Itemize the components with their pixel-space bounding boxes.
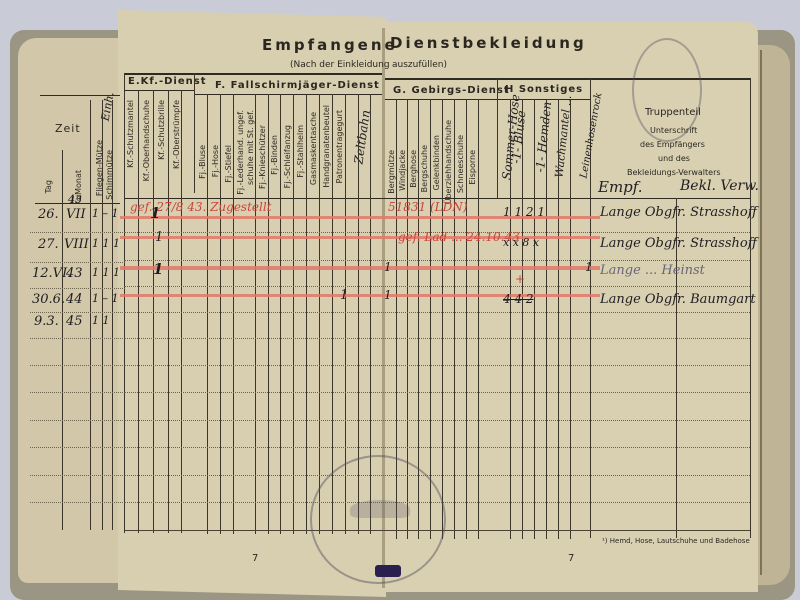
item-berghose: Berghose	[409, 150, 418, 188]
entry-row4-h: 4 4 2	[503, 292, 534, 306]
item-fj-stahlhelm: Fj.-Stahlhelm	[296, 125, 305, 178]
ink-blot	[375, 565, 401, 577]
zeit-header: Zeit	[55, 122, 81, 135]
truppenteil-label: Truppenteil	[645, 107, 701, 118]
item-eisporne: Eisporne	[468, 150, 477, 185]
item-gasmaskentasche: Gasmaskentasche	[309, 112, 318, 185]
col-divider	[558, 99, 559, 539]
mark: 1	[585, 260, 593, 274]
rule	[195, 94, 382, 95]
page-number-left: 7	[252, 553, 258, 564]
mark: 1	[340, 288, 348, 303]
handwritten-bekl-verw: Bekl. Verw.	[680, 178, 759, 194]
section-f-label: F. Fallschirmjäger-Dienst	[215, 80, 380, 91]
row-line	[124, 392, 750, 393]
row2-month: VIII	[64, 237, 89, 252]
row4-month: 44	[66, 292, 83, 307]
entry-row2-h: x x 8 x	[503, 236, 539, 249]
col-day: Tag	[44, 180, 53, 194]
item-kf-oberstruempfe: Kf.-Oberstrümpfe	[172, 100, 181, 169]
row3-month: 43	[66, 266, 83, 281]
row-line	[124, 338, 750, 339]
col-divider	[255, 94, 256, 534]
row3-marks: 1 1 1	[92, 266, 120, 279]
col-divider	[534, 99, 535, 539]
eagle-emblem	[350, 500, 410, 518]
item-bergmuetze: Bergmütze	[387, 150, 396, 194]
row-line	[30, 475, 125, 476]
item-schneeschuhe: Schneeschuhe	[456, 135, 465, 193]
col-divider	[124, 73, 125, 533]
col-divider	[478, 99, 479, 539]
row-line	[30, 312, 125, 313]
item-fj-hose: Fj.-Hose	[211, 145, 220, 177]
signature-row4: Lange Obgfr. Baumgart	[600, 292, 756, 307]
row1-day: 26.	[38, 207, 59, 222]
red-mark: +	[515, 272, 525, 286]
item-patronentragegurt: Patronentragegurt	[335, 110, 344, 183]
col-divider	[62, 150, 63, 530]
item-windjacke: Windjacke	[398, 150, 407, 191]
col-divider	[280, 94, 281, 534]
row-line	[30, 365, 125, 366]
item-fj-schuhe: schuhe mit St. gef.	[246, 110, 255, 185]
row4-marks: 1 – 1	[92, 292, 119, 305]
col-divider	[306, 94, 307, 534]
signature-row1: Lange Obgfr. Strasshoff	[600, 205, 757, 220]
col-divider	[194, 73, 195, 193]
col-divider	[497, 78, 498, 198]
row-line	[124, 260, 750, 261]
mark: 1	[150, 204, 160, 222]
unterschrift-label: Unterschrift	[650, 126, 697, 135]
row-line	[124, 447, 750, 448]
subtitle-right: auszufüllen)	[392, 60, 447, 70]
signature-row2: Lange Obgfr. Strasshoff	[600, 236, 757, 251]
col-divider	[207, 94, 208, 534]
mark: 1	[384, 260, 392, 274]
rule	[590, 198, 750, 199]
footnote: ¹) Hemd, Hose, Lautschuhe und Badehose	[602, 537, 750, 545]
title-left: Empfangene	[262, 36, 398, 54]
col-divider	[268, 94, 269, 534]
col-divider	[546, 99, 547, 539]
col-divider	[510, 99, 511, 539]
mark: 1	[153, 260, 163, 278]
row1-marks: 1 – 1	[92, 207, 119, 220]
und-des-label: und des	[658, 154, 690, 163]
col-month: Monat	[74, 170, 83, 195]
row-line	[30, 502, 125, 503]
col-divider	[319, 94, 320, 534]
entry-row1-g: 51831 (LDN)	[388, 200, 467, 214]
page-number-right: 7	[568, 553, 574, 564]
row-line	[30, 288, 125, 289]
col-divider	[522, 99, 523, 539]
row-line	[30, 262, 125, 263]
row-line	[30, 447, 125, 448]
item-fj-binden: Fj.-Binden	[270, 135, 279, 175]
mark: 1	[155, 230, 163, 245]
col-divider	[293, 94, 294, 534]
subtitle-left: (Nach der Einkleidung	[290, 60, 390, 70]
item-fj-knieschuetzer: Fj.-Knieschützer	[258, 125, 267, 189]
row5-marks: 1 1	[92, 314, 110, 327]
row1-month: VII	[66, 207, 86, 222]
row4-day: 30.6.	[32, 292, 65, 307]
rule	[124, 90, 194, 91]
col-divider	[430, 99, 431, 539]
col-divider	[454, 99, 455, 539]
col-divider	[332, 94, 333, 534]
entry-row1-h: 1 1 2 1	[503, 205, 545, 219]
item-handgranatenbeutel: Handgranatenbeutel	[322, 105, 331, 188]
row2-marks: 1 1 1	[92, 237, 120, 250]
table-header-rule	[124, 198, 594, 199]
row-line	[30, 232, 125, 233]
signature-row3: Lange ... Heinst	[600, 263, 705, 278]
header-rule	[124, 73, 382, 75]
row-line	[124, 286, 750, 287]
section-g-label: G. Gebirgs-Dienst	[393, 85, 510, 96]
item-gelenkbinden: Gelenkbinden	[432, 135, 441, 190]
row1-year: 43	[68, 193, 82, 206]
item-bergschuhe: Bergschuhe	[420, 145, 429, 192]
entry-row2-red: gef. Lad ... 24.10.43	[398, 230, 520, 244]
item-ueberziehhandschuhe: Überziehhandschuhe	[444, 120, 453, 204]
empfaenger-label: des Empfängers	[640, 140, 705, 149]
row-line	[124, 420, 750, 421]
col-divider	[466, 99, 467, 539]
row-line	[30, 392, 125, 393]
red-strike-line	[120, 266, 600, 270]
row-line	[30, 420, 125, 421]
item-kf-schutzmantel: Kf.-Schutzmantel	[126, 100, 135, 168]
handwritten-empf: Empf.	[598, 178, 643, 196]
page-edge-line	[760, 50, 762, 575]
row2-day: 27.	[38, 237, 59, 252]
row5-month: 45	[66, 314, 83, 329]
col-divider	[233, 94, 234, 534]
item-fj-stiefel: Fj.-Stiefel	[224, 145, 233, 183]
row-line	[124, 365, 750, 366]
item-kf-oberhandschuhe: Kf.-Oberhandschuhe	[142, 100, 151, 181]
verwalter-label: Bekleidungs-Verwalters	[627, 168, 721, 177]
mark: 1	[384, 288, 392, 302]
row-line	[124, 312, 750, 313]
item-fj-schleifanzug: Fj.-Schleifanzug	[283, 125, 292, 188]
col-divider	[90, 100, 91, 530]
row-line	[30, 338, 125, 339]
row5-day: 9.3.	[34, 314, 59, 329]
col-divider	[570, 99, 571, 539]
row-line	[124, 475, 750, 476]
col-divider	[220, 94, 221, 534]
item-fj-bluse: Fj.-Bluse	[198, 145, 207, 179]
title-right: Dienstbekleidung	[390, 34, 587, 52]
item-kf-schutzbrille: Kf.-Schutzbrille	[157, 100, 166, 160]
item-fj-lederhand: Fj.-Lederhand. ungef.	[236, 110, 245, 195]
col-divider	[442, 99, 443, 539]
rule	[385, 99, 590, 100]
col-divider	[112, 100, 113, 530]
col-divider	[750, 78, 751, 538]
